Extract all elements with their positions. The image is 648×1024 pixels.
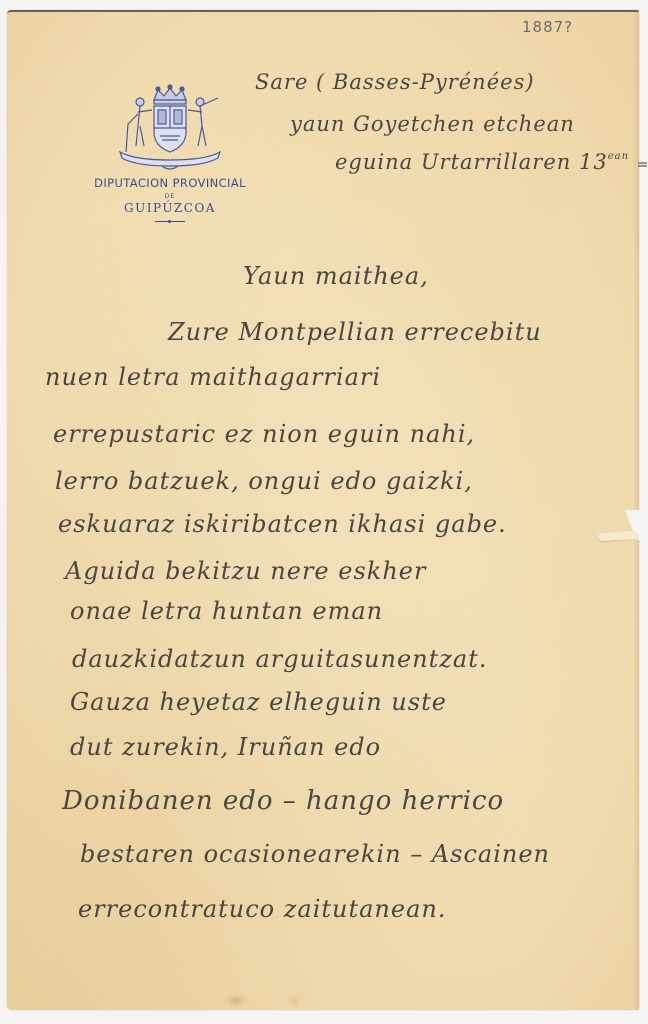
- archival-date-annotation: 1887?: [522, 18, 573, 36]
- date-suffix: ean: [608, 151, 629, 162]
- body-line: eskuaraz iskiribatcen ikhasi gabe.: [58, 510, 507, 538]
- paper-stain: [292, 998, 298, 1003]
- heading-date: eguina Urtarrillaren 13ean =.: [335, 150, 648, 174]
- heading-house: yaun Goyetchen etchean: [290, 112, 575, 136]
- letterhead: DIPUTACION PROVINCIAL DE GUIPÚZCOA: [80, 80, 260, 222]
- letterhead-organization: DIPUTACION PROVINCIAL: [80, 176, 260, 190]
- body-line: Donibanen edo – hango herrico: [62, 786, 504, 816]
- body-line: bestaren ocasionearekin – Ascainen: [80, 840, 550, 868]
- body-line: dauzkidatzun arguitasunentzat.: [72, 645, 488, 673]
- letterhead-preposition: DE: [80, 193, 260, 200]
- letterhead-divider: [155, 221, 185, 222]
- body-line: errepustaric ez nion eguin nahi,: [53, 420, 475, 448]
- date-prefix: eguina Urtarrillaren: [335, 150, 571, 174]
- body-line: errecontratuco zaitutanean.: [78, 895, 446, 923]
- date-mark: =.: [637, 157, 648, 173]
- body-line: nuen letra maithagarriari: [45, 363, 381, 391]
- letterhead-province: GUIPÚZCOA: [80, 201, 260, 215]
- body-line: dut zurekin, Iruñan edo: [70, 733, 381, 761]
- heading-place: Sare ( Basses-Pyrénées): [255, 70, 535, 94]
- body-line: Aguida bekitzu nere eskher: [65, 557, 426, 585]
- scanned-letter: 1887? DIPUTACION PROVINCIAL: [0, 0, 648, 1024]
- coat-of-arms-icon: [114, 80, 226, 172]
- body-line: lerro batzuek, ongui edo gaizki,: [55, 467, 473, 495]
- date-day: 13: [579, 150, 608, 174]
- salutation: Yaun maithea,: [243, 262, 429, 290]
- paper-stain: [229, 997, 243, 1004]
- body-line: Zure Montpellian errecebitu: [168, 318, 542, 346]
- body-line: Gauza heyetaz elheguin uste: [70, 688, 447, 716]
- body-line: onae letra huntan eman: [70, 597, 383, 625]
